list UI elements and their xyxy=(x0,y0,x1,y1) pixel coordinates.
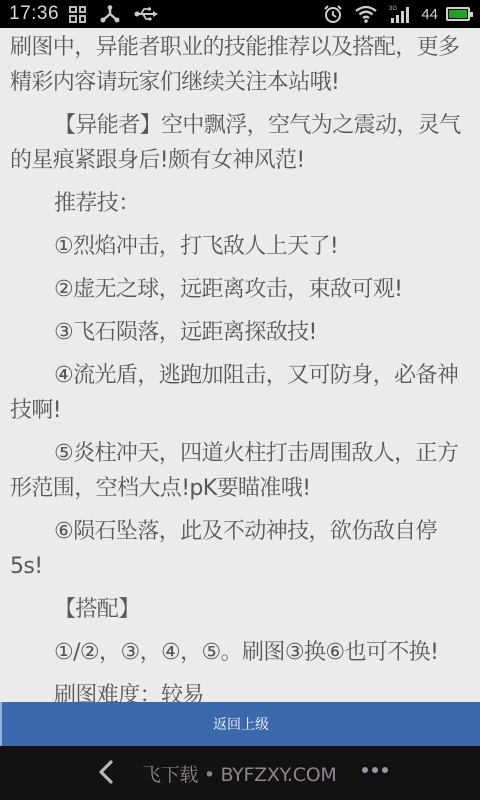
alarm-icon xyxy=(323,4,343,24)
signal-3g-icon: 3G xyxy=(389,4,413,24)
svg-text:3G: 3G xyxy=(389,6,397,12)
grid-icon xyxy=(69,6,86,23)
article-paragraph: 【异能者】空中飘浮，空气为之震动，灵气的星痕紧跟身后!颇有女神风范! xyxy=(0,108,480,178)
article-content: 刷图中，异能者职业的技能推荐以及搭配，更多精彩内容请玩家们继续关注本站哦! 【异… xyxy=(0,28,480,702)
status-number: 44 xyxy=(421,6,438,23)
back-to-parent-label: 返回上级 xyxy=(213,714,269,734)
combo-text: ①/②，③，④，⑤。刷图③换⑥也可不换! xyxy=(0,635,480,670)
skill-item: ①烈焰冲击，打飞敌人上天了! xyxy=(0,229,480,264)
back-to-parent-button[interactable]: 返回上级 xyxy=(0,702,480,746)
difficulty-clear: 刷图难度：较易 xyxy=(0,678,480,702)
article-paragraph: 刷图中，异能者职业的技能推荐以及搭配，更多精彩内容请玩家们继续关注本站哦! xyxy=(0,30,480,100)
battery-icon xyxy=(446,7,470,21)
status-bar: 17:36 3G 44 xyxy=(0,0,480,28)
skill-item: ⑤炎柱冲天，四道火柱打击周围敌人，正方形范围，空档大点!pK要瞄准哦! xyxy=(0,436,480,506)
article-paragraph: 推荐技： xyxy=(0,186,480,221)
share-icon xyxy=(100,5,120,23)
skill-item: ⑥陨石坠落，此及不动神技，欲伤敌自停5s! xyxy=(0,514,480,584)
more-dots-icon[interactable] xyxy=(362,767,388,773)
skill-item: ②虚无之球，远距离攻击，束敌可观! xyxy=(0,272,480,307)
skill-item: ③飞石陨落，远距离探敌技! xyxy=(0,315,480,350)
chevron-left-icon[interactable] xyxy=(96,759,116,785)
site-title: 飞下载 • BYFZXY.COM xyxy=(142,760,336,787)
bottom-nav: 飞下载 • BYFZXY.COM xyxy=(0,746,480,800)
skill-item: ④流光盾，逃跑加阻击，又可防身，必备神技啊! xyxy=(0,358,480,428)
wifi-icon xyxy=(355,5,377,23)
status-time: 17:36 xyxy=(9,3,59,25)
combo-heading: 【搭配】 xyxy=(0,592,480,627)
usb-icon xyxy=(134,7,158,21)
